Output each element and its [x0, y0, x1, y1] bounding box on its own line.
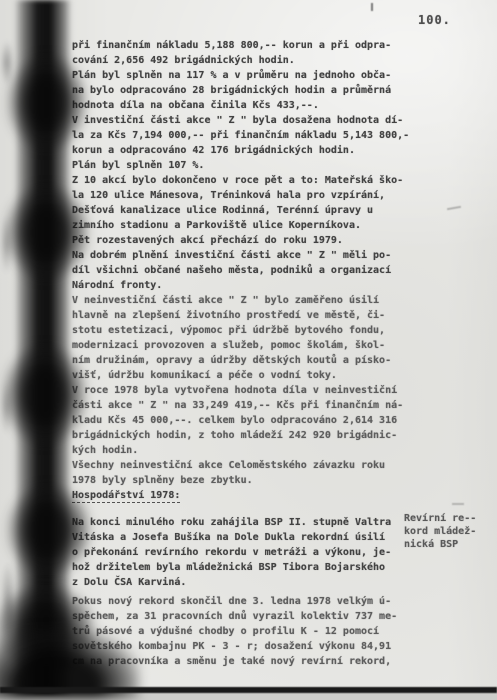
text-line: zimního stadionu a Parkoviště ulice Kope… [72, 220, 361, 231]
book-gutter-shadow [14, 0, 72, 694]
margin-note-line: Revírní re-- [404, 513, 476, 524]
text-line: kých hodin. [72, 445, 138, 456]
paragraph: V investiční části akce " Z " byla dosaž… [72, 113, 432, 158]
margin-smudge [0, 215, 12, 275]
text-line: Pokus nový rekord skončil dne 3. ledna 1… [72, 596, 391, 607]
text-line: 1978 byly splněny beze zbytku. [72, 475, 253, 486]
text-line: části akce " Z " na 33,249 419,-- Kčs př… [72, 400, 403, 411]
text-line: hlavně na zlepšení životního prostředí v… [72, 310, 385, 321]
paragraph: Pokus nový rekord skončil dne 3. ledna 1… [72, 594, 432, 669]
section-heading: Hospodářství 1978: [72, 488, 432, 503]
scan-speck [452, 503, 464, 505]
scan-speck [371, 3, 373, 11]
paragraph: Všechny neinvestiční akce Celoměstského … [72, 458, 432, 488]
text-line: spěchem, za 31 pracovních dnů vyrazil ko… [72, 611, 397, 622]
heading-text: Hospodářství 1978: [72, 490, 180, 503]
text-line: Dešťová kanalizace ulice Rodinná, Terénn… [72, 205, 373, 216]
page-number: 100. [418, 13, 451, 27]
text-line: V investiční části akce " Z " byla dosaž… [72, 115, 403, 126]
text-line: trů pásové a výdušné chodby o profilu K … [72, 626, 379, 637]
paragraph: V neinvestiční části akce " Z " bylo zam… [72, 293, 432, 383]
text-line: Plán byl splněn 107 %. [72, 160, 204, 171]
text-line: la 120 ulice Mánesova, Tréninková hala p… [72, 190, 385, 201]
margin-note-line: nická BSP [404, 539, 458, 550]
text-line: Vitáska a Josefa Bušíka na Dole Dukla re… [72, 532, 385, 543]
text-line: o překonání revírního rekordu v metráži … [72, 547, 391, 558]
text-line: V neinvestiční části akce " Z " bylo zam… [72, 295, 379, 306]
text-line: Plán byl splněn na 117 % a v průměru na … [72, 70, 391, 81]
text-line: modernizaci provozoven a služeb, pomoc š… [72, 340, 385, 351]
document-text: při finančním nákladu 5,188 800,-- korun… [72, 38, 432, 669]
text-line: Všechny neinvestiční akce Celoměstského … [72, 460, 385, 471]
paragraph: V roce 1978 byla vytvořena hodnota díla … [72, 383, 432, 458]
text-line: Pět rozestavených akcí přechází do roku … [72, 235, 343, 246]
text-line: stotu estetizaci, výpomoc při údržbě byt… [72, 325, 385, 336]
text-line: brigádnických hodin, z toho mládeží 242 … [72, 430, 397, 441]
heading-line: Hospodářství 1978: [72, 490, 180, 503]
margin-smudge [0, 380, 12, 435]
margin-smudge [0, 40, 14, 86]
scanned-document-page: 100. při finančním nákladu 5,188 800,-- … [0, 0, 497, 700]
text-line: Národní fronty. [72, 280, 162, 291]
paragraph: při finančním nákladu 5,188 800,-- korun… [72, 38, 432, 68]
paragraph: Na dobrém plnění investiční části akce "… [72, 248, 432, 293]
margin-smudge [0, 560, 16, 640]
text-line: sovětského kombajnu PK - 3 - r; dosažení… [72, 641, 391, 652]
page-bottom-edge [0, 687, 497, 693]
text-line: na bylo odpracováno 28 brigádnických hod… [72, 85, 391, 96]
paragraph: Plán byl splněn na 117 % a v průměru na … [72, 68, 432, 113]
text-line: V roce 1978 byla vytvořena hodnota díla … [72, 385, 397, 396]
paragraph: Pět rozestavených akcí přechází do roku … [72, 233, 432, 248]
text-line: višť, údržbu komunikací a péče o vodní t… [72, 370, 337, 381]
text-line: la za Kčs 7,194 000,-- při finančním nák… [72, 130, 409, 141]
text-line: hož držitelem byla mládežnická BSP Tibor… [72, 562, 385, 573]
text-line: kladu Kčs 45 000,--. celkem bylo odpraco… [72, 415, 397, 426]
text-line: ním družinám, opravy a údržby dětských k… [72, 355, 391, 366]
text-line: z Dolu ČSA Karviná. [72, 577, 186, 588]
text-line: Na konci minulého roku zahájila BSP II. … [72, 517, 391, 528]
paragraph: Na konci minulého roku zahájila BSP II. … [72, 515, 432, 590]
margin-note: Revírní re-- kord mládež- nická BSP [404, 512, 497, 551]
text-line: díl všichni občané našeho města, podniků… [72, 265, 391, 276]
text-line: hodnota díla na občana činila Kčs 433,--… [72, 100, 319, 111]
text-line: při finančním nákladu 5,188 800,-- korun… [72, 40, 391, 51]
scan-speck [447, 206, 461, 210]
text-line: Z 10 akcí bylo dokončeno v roce pět a to… [72, 175, 403, 186]
paragraph: Z 10 akcí bylo dokončeno v roce pět a to… [72, 173, 432, 233]
paragraph: Plán byl splněn 107 %. [72, 158, 432, 173]
text-line: korun a odpracováno 42 176 brigádnických… [72, 145, 355, 156]
text-line: Na dobrém plnění investiční části akce "… [72, 250, 391, 261]
text-line: cm na pracovníka a směnu je také nový re… [72, 656, 391, 667]
margin-note-line: kord mládež- [404, 526, 476, 537]
text-line: cování 2,656 492 brigádnických hodin. [72, 55, 295, 66]
scan-bottom-strip [0, 693, 497, 700]
